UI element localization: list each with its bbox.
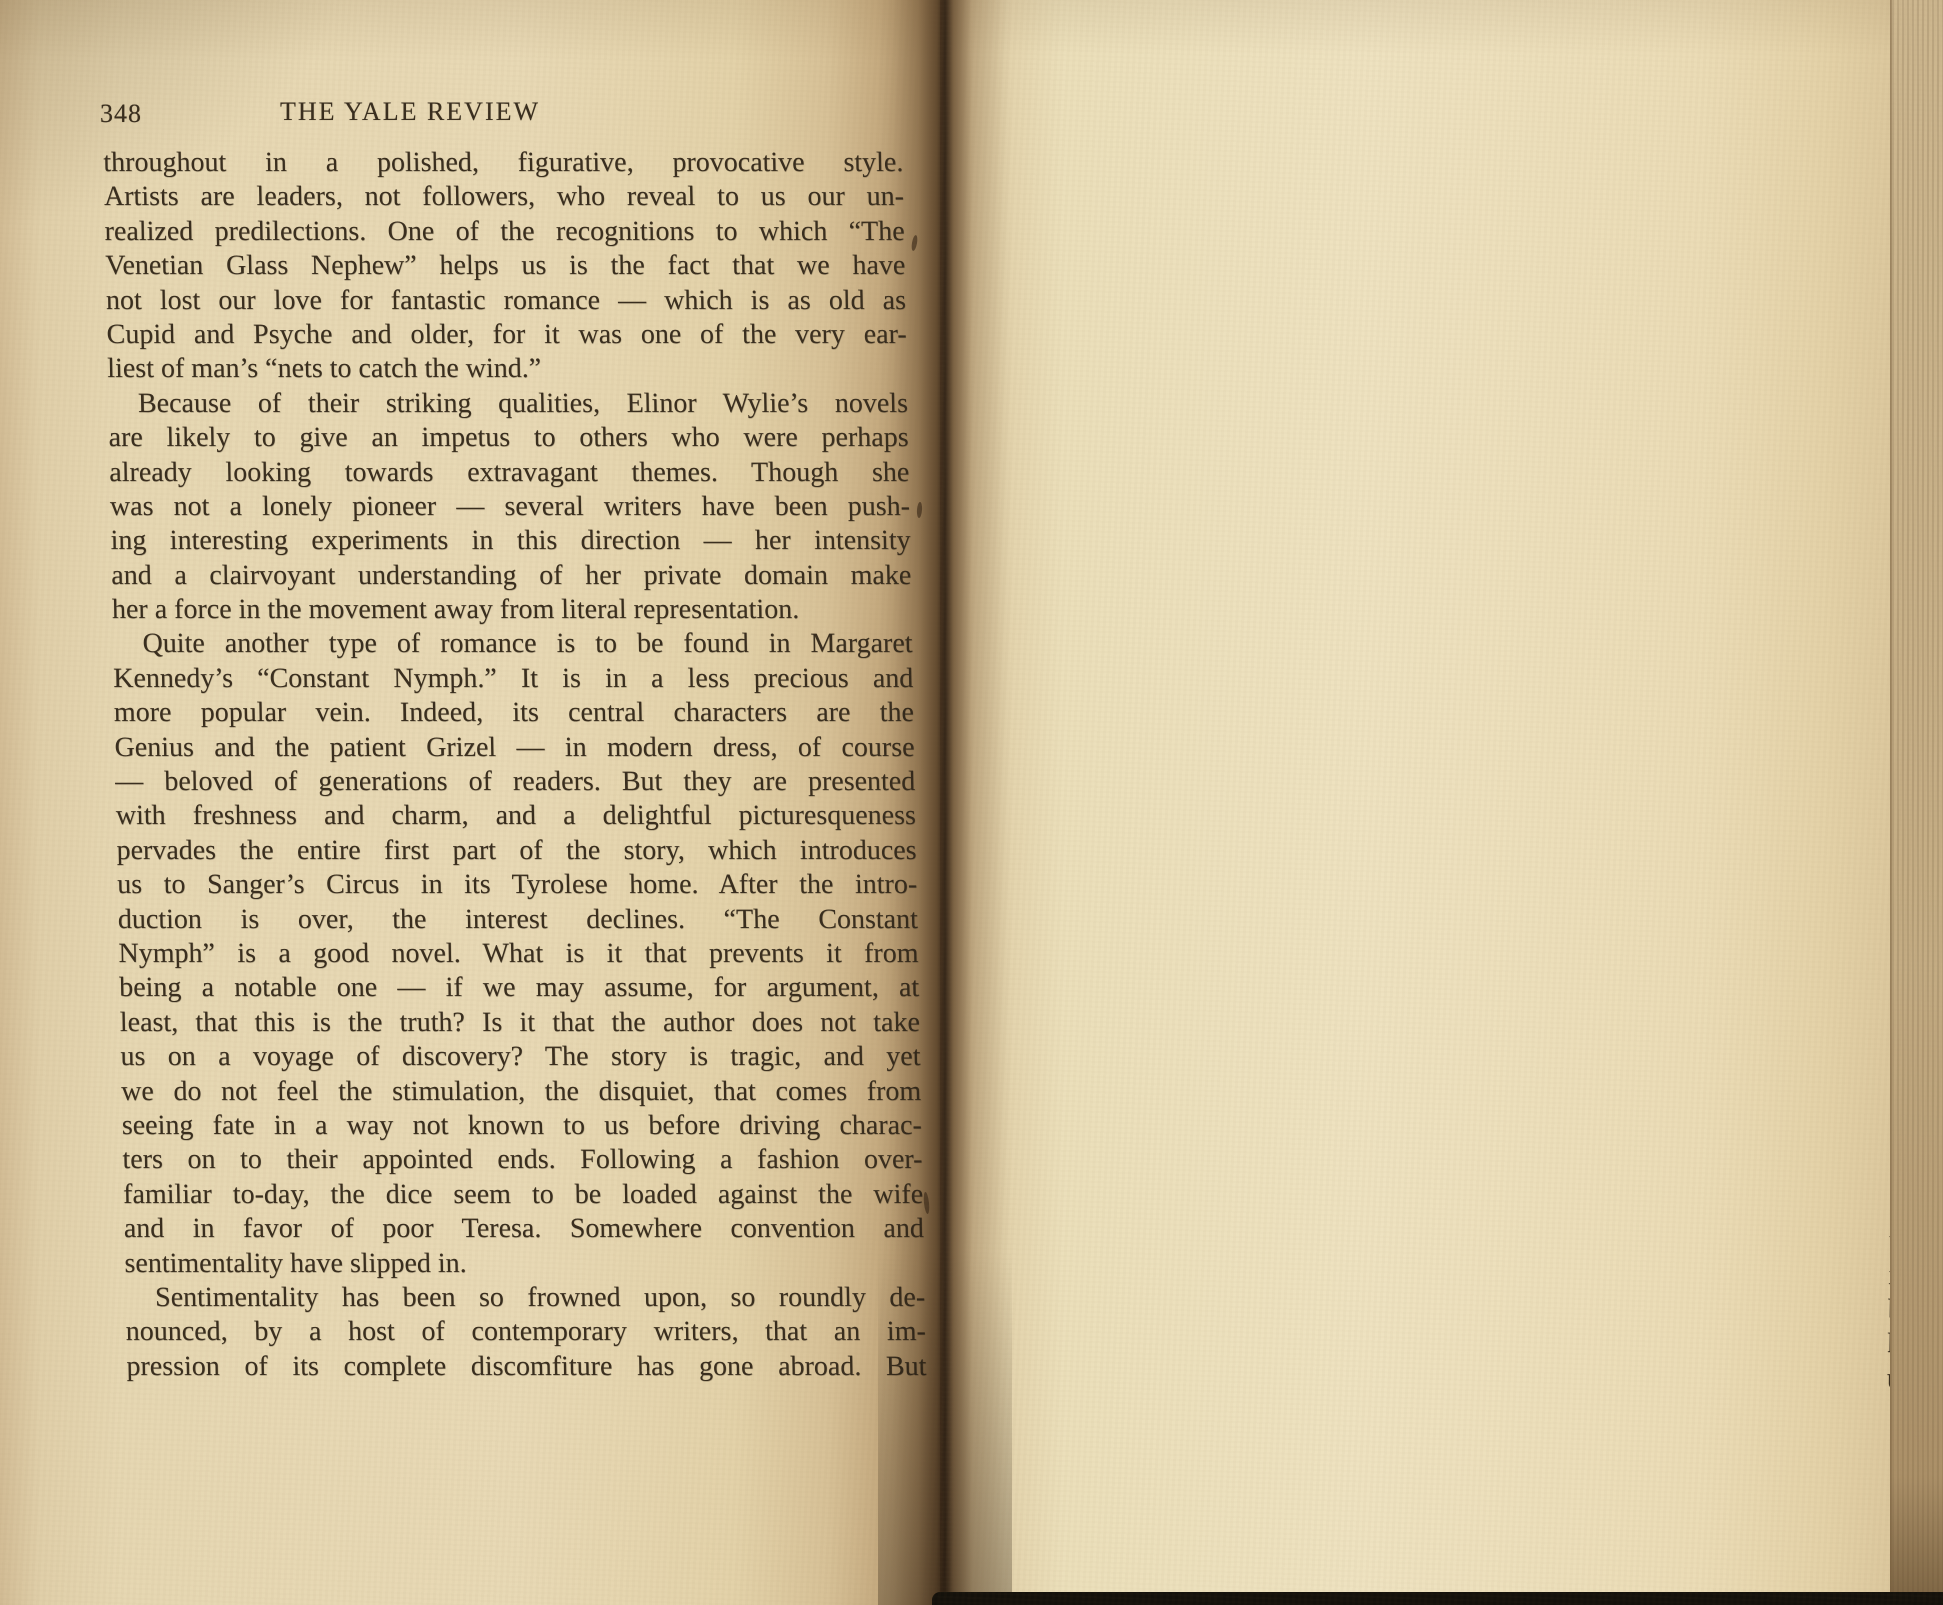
text-line: with freshness and charm, and a delightf…: [116, 799, 917, 833]
text-line: us on a voyage of discovery? The story i…: [120, 1040, 921, 1074]
text-line: being a notable one — if we may assume, …: [119, 971, 920, 1005]
text-line: seeing fate in a way not known to us bef…: [121, 1109, 922, 1143]
text-line: Quite another type of romance is to be f…: [112, 627, 913, 661]
text-line: nounced, by a host of contemporary write…: [125, 1315, 926, 1349]
text-line: sentimentality have slipped in.: [124, 1247, 925, 1281]
text-line: Genius and the patient Grizel — in moder…: [114, 731, 915, 765]
text-line: we do not feel the stimulation, the disq…: [121, 1075, 922, 1109]
text-line: Cupid and Psyche and older, for it was o…: [106, 318, 907, 352]
book-spine-gutter: [878, 0, 1012, 1605]
left-page-number: 348: [100, 99, 142, 129]
text-line: least, that this is the truth? Is it tha…: [120, 1006, 921, 1040]
page-stack-edge: [1890, 0, 1943, 1605]
text-line: Artists are leaders, not followers, who …: [104, 180, 905, 214]
text-line: throughout in a polished, figurative, pr…: [103, 146, 904, 180]
text-line: Nymph” is a good novel. What is it that …: [118, 937, 919, 971]
text-line: and a clairvoyant understanding of her p…: [111, 559, 912, 593]
text-line: and in favor of poor Teresa. Somewhere c…: [123, 1212, 924, 1246]
text-line: Venetian Glass Nephew” helps us is the f…: [105, 249, 906, 283]
text-line: us to Sanger’s Circus in its Tyrolese ho…: [117, 868, 918, 902]
text-line: Because of their striking qualities, Eli…: [108, 387, 909, 421]
text-line: — beloved of generations of readers. But…: [115, 765, 916, 799]
text-line: familiar to-day, the dice seem to be loa…: [123, 1178, 924, 1212]
text-line: pression of its complete discomfiture ha…: [126, 1350, 927, 1384]
left-running-title: THE YALE REVIEW: [140, 97, 680, 127]
left-page-text: throughout in a polished, figurative, pr…: [103, 146, 927, 1384]
text-line: not lost our love for fantastic romance …: [106, 284, 907, 318]
text-line: realized predilections. One of the recog…: [104, 215, 905, 249]
text-line: liest of man’s “nets to catch the wind.”: [107, 352, 908, 386]
right-page: SOME NOVELISTS IN MID-STREAM 349 sentime…: [940, 0, 1890, 1605]
text-line: already looking towards extravagant them…: [109, 456, 910, 490]
text-line: Sentimentality has been so frowned upon,…: [125, 1281, 926, 1315]
text-line: more popular vein. Indeed, its central c…: [114, 696, 915, 730]
book-spread-scan: 348 THE YALE REVIEW throughout in a poli…: [0, 0, 1943, 1605]
text-line: are likely to give an impetus to others …: [108, 421, 909, 455]
text-line: ing interesting experiments in this dire…: [110, 524, 911, 558]
left-page: 348 THE YALE REVIEW throughout in a poli…: [0, 0, 940, 1605]
text-line: ters on to their appointed ends. Followi…: [122, 1143, 923, 1177]
scan-dark-edge: [932, 1592, 1943, 1605]
text-line: was not a lonely pioneer — several write…: [110, 490, 911, 524]
text-line: Kennedy’s “Constant Nymph.” It is in a l…: [113, 662, 914, 696]
text-line: duction is over, the interest declines. …: [118, 903, 919, 937]
text-line: pervades the entire first part of the st…: [116, 834, 917, 868]
text-line: her a force in the movement away from li…: [112, 593, 913, 627]
